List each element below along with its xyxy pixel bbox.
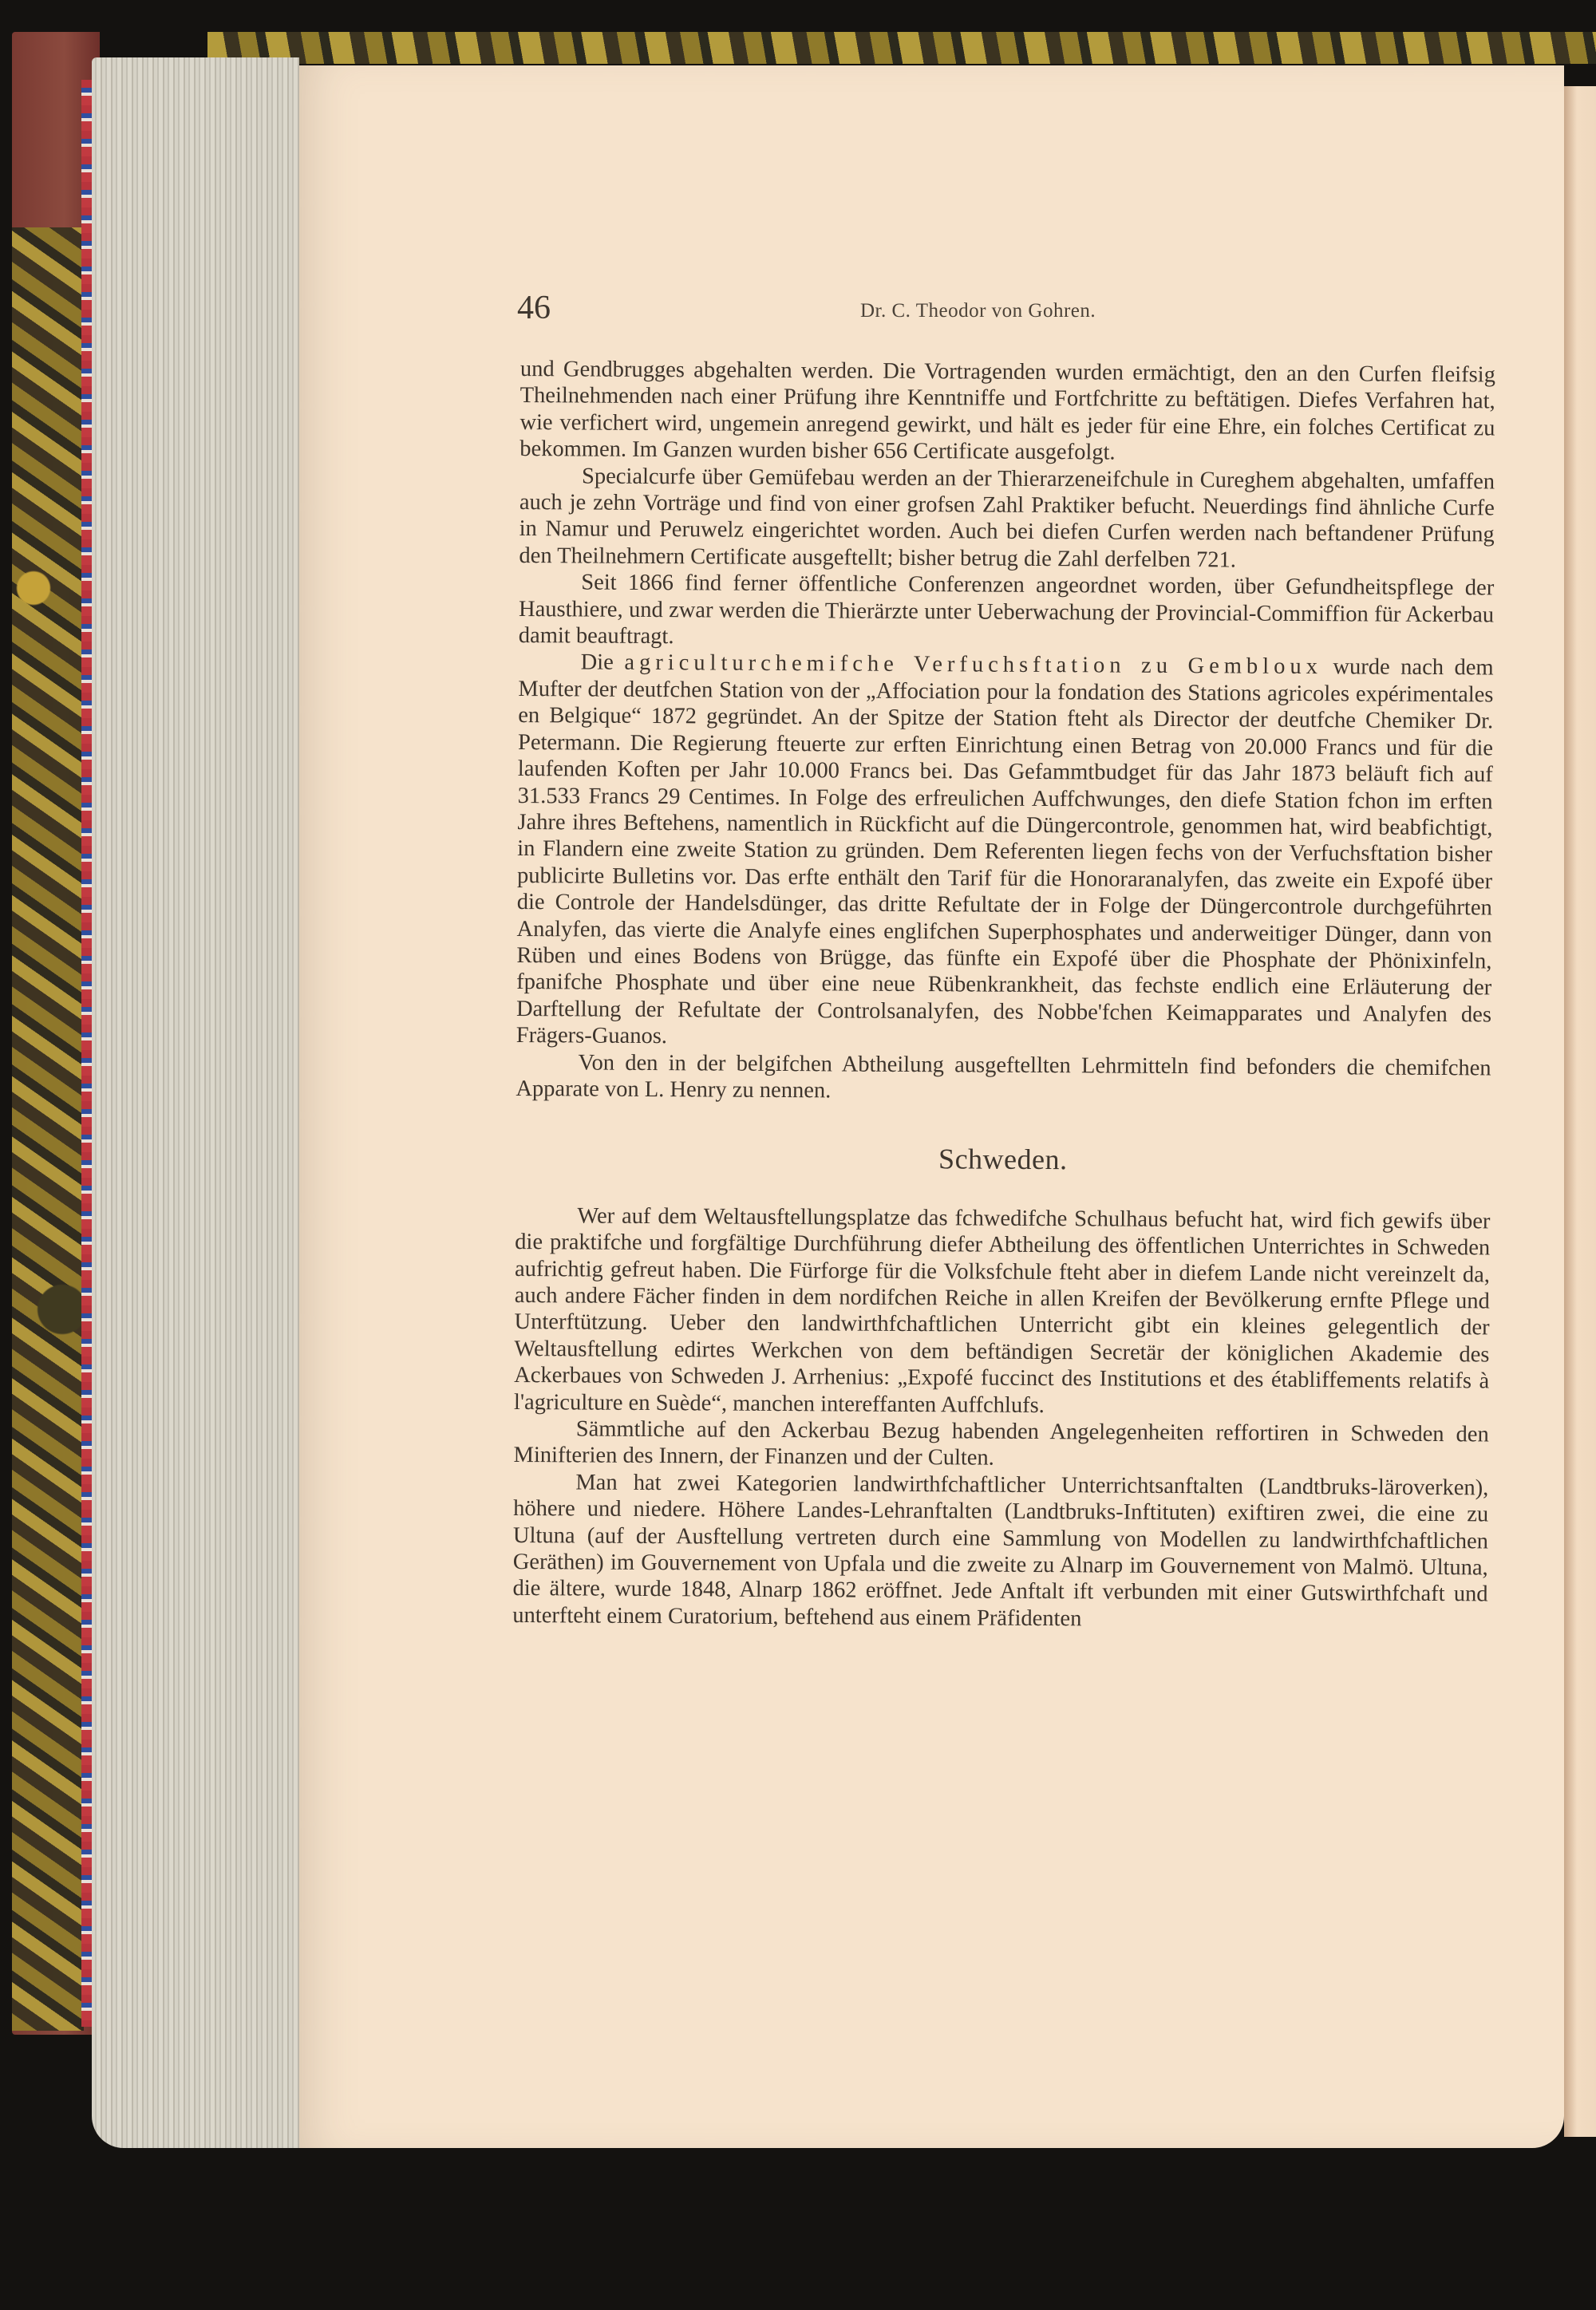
section-title: Schweden. bbox=[516, 1143, 1491, 1176]
facing-page-edge bbox=[1564, 86, 1596, 2137]
marbled-page-edge bbox=[81, 80, 93, 2027]
paragraph: Wer auf dem Weltausftellungsplatze das f… bbox=[514, 1202, 1491, 1422]
page-header: 46 Dr. C. Theodor von Gohren. bbox=[517, 289, 1547, 337]
running-head: Dr. C. Theodor von Gohren. bbox=[860, 300, 1096, 322]
paragraph: Von den in der belgifchen Abtheilung aus… bbox=[516, 1049, 1491, 1108]
spaced-emphasis: agriculturchemifche Verfuchsftation zu G… bbox=[624, 650, 1322, 679]
paragraph: Seit 1866 find ferner öffentliche Confer… bbox=[519, 569, 1495, 655]
marbled-cover-paper bbox=[12, 227, 84, 2031]
paragraph: Die agriculturchemifche Verfuchsftation … bbox=[516, 649, 1494, 1055]
page-number: 46 bbox=[517, 289, 551, 327]
paragraph: Specialcurfe über Gemüfebau werden an de… bbox=[519, 463, 1495, 575]
body-text: und Gendbrugges abgehalten werden. Die V… bbox=[512, 356, 1495, 1635]
paragraph: und Gendbrugges abgehalten werden. Die V… bbox=[519, 356, 1495, 468]
paragraph: Sämmtliche auf den Ackerbau Bezug habend… bbox=[513, 1416, 1488, 1475]
paragraph-lead: Die bbox=[581, 650, 614, 675]
page-stack-edges bbox=[92, 57, 299, 2148]
marbled-cover-top bbox=[207, 32, 1596, 64]
paragraph: Man hat zwei Kategorien landwirthfchaftl… bbox=[512, 1469, 1488, 1635]
paragraph-body: wurde nach dem Mufter der deutfchen Stat… bbox=[516, 655, 1494, 1049]
